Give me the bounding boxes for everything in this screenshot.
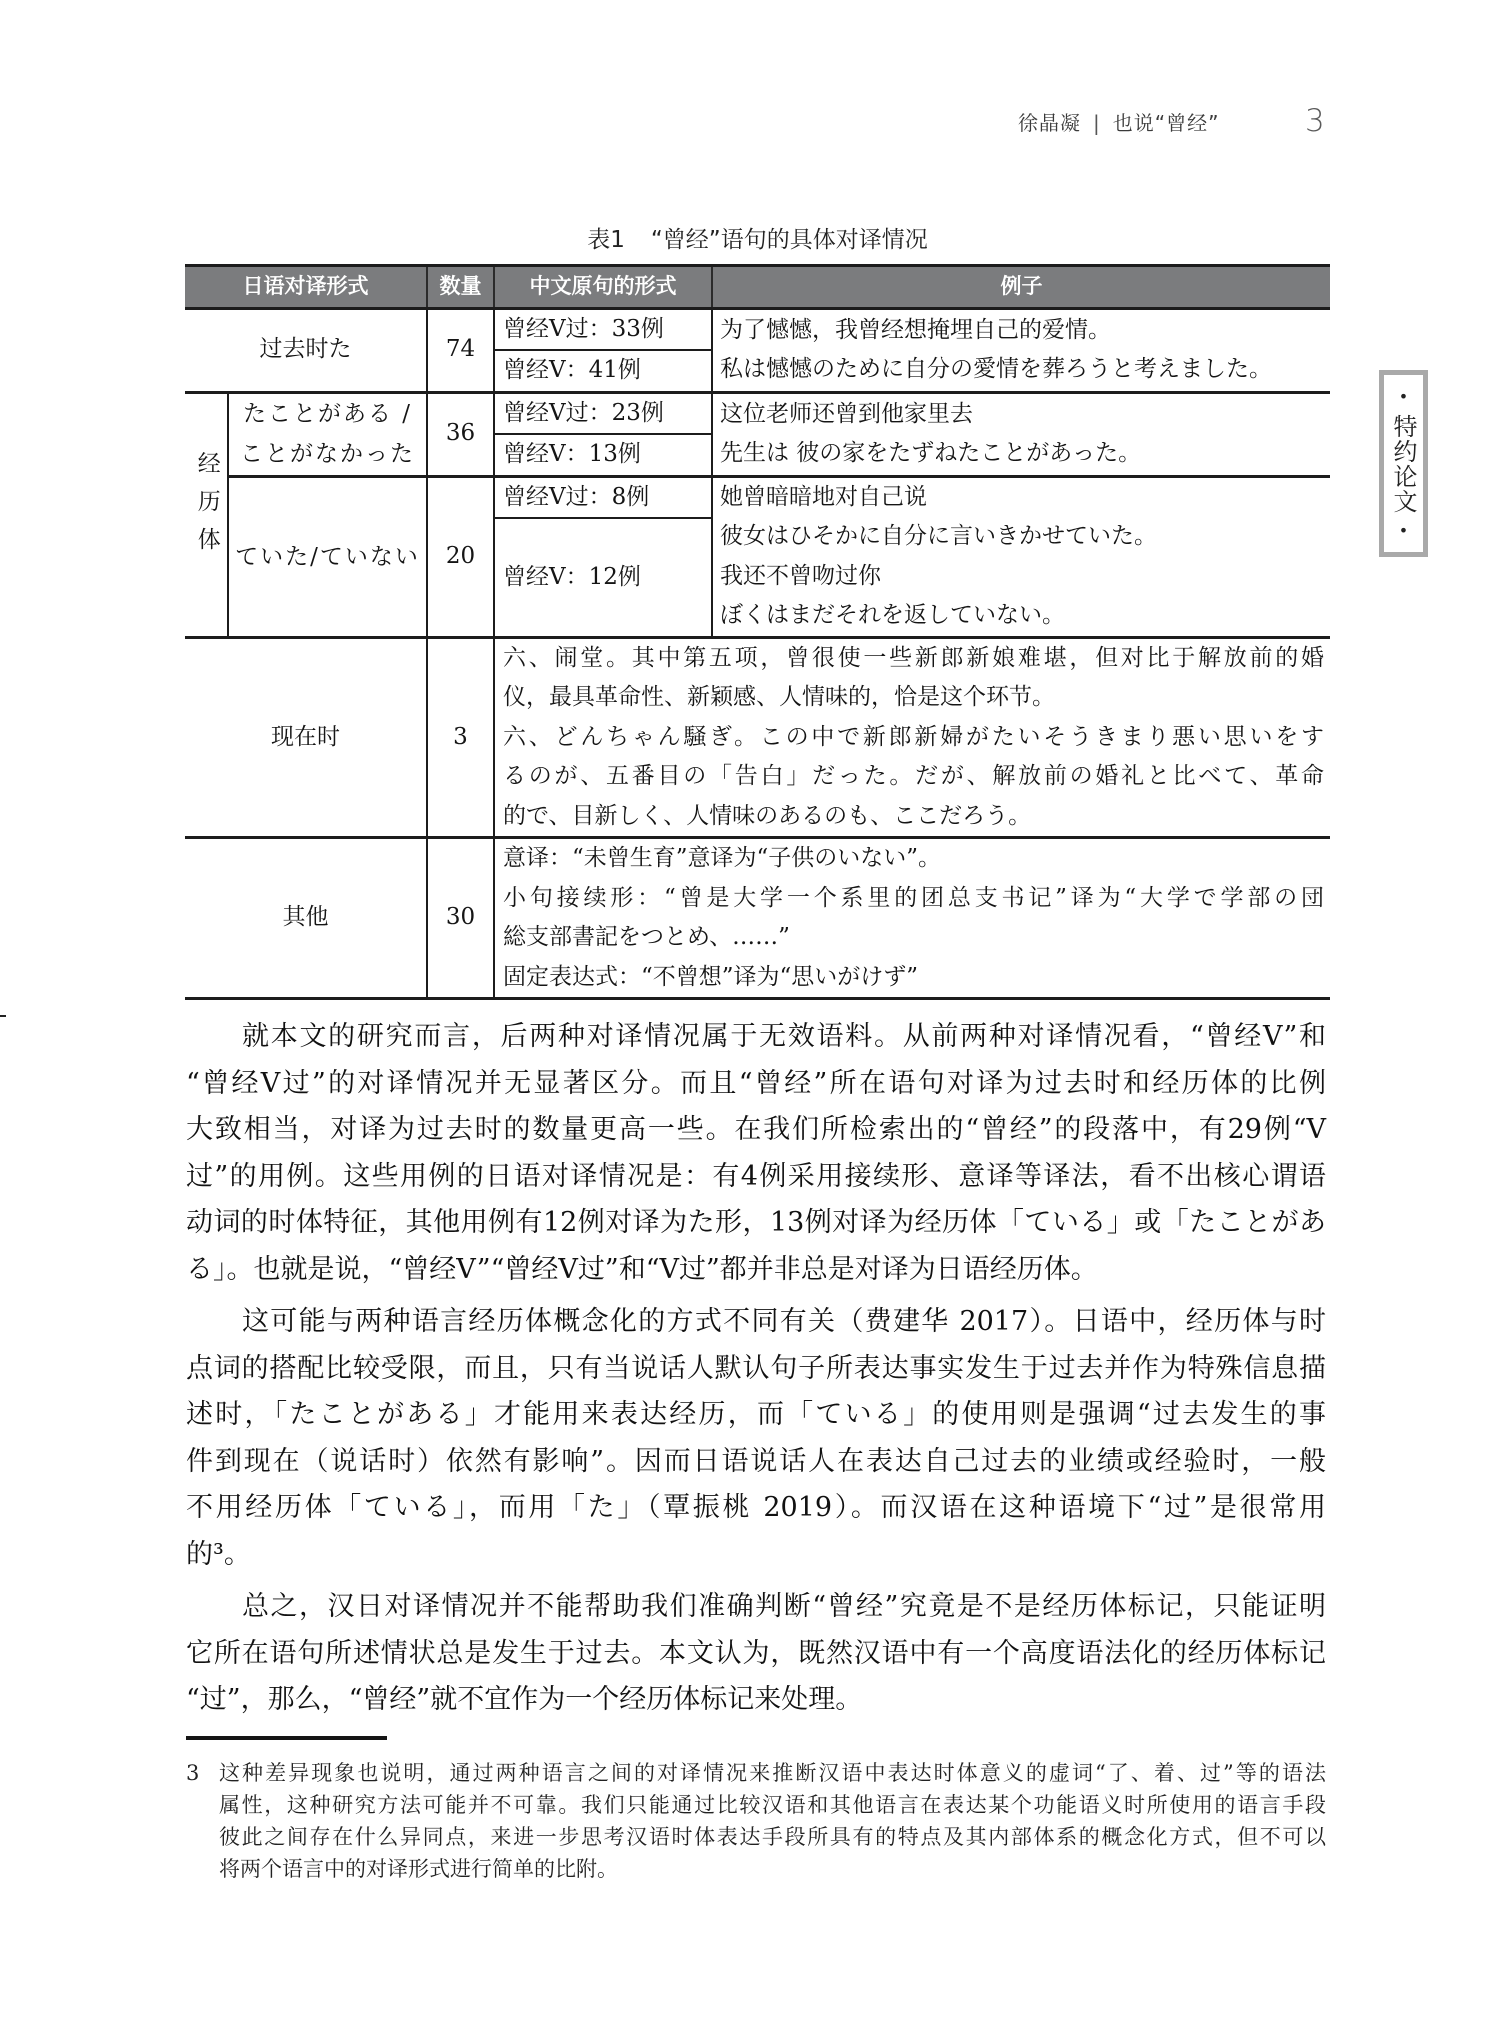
chinese-form-cell: 曾经V过：33例 <box>494 308 712 350</box>
paragraph-line: る」。也就是说，“曾经V”“曾经V过”和“V过”都并非总是对译为日语经历体。 <box>186 1247 1326 1294</box>
section-side-tab: • 特约论文 • <box>1379 370 1428 557</box>
paragraph-line: “过”，那么，“曾经”就不宜作为一个经历体标记来处理。 <box>186 1677 1326 1724</box>
footnote-number: 3 <box>186 1757 199 1789</box>
table-caption-text: “曾经”语句的具体对译情况 <box>651 227 928 253</box>
table-row: ていた/ていない 20 曾经V过：8例 她曾暗暗地对自己说 彼女はひそかに自分に… <box>185 476 1330 518</box>
example-line: 総支部書記をつとめ、……” <box>503 918 1324 958</box>
paragraph-line: 就本文的研究而言，后两种对译情况属于无效语料。从前两种对译情况看，“曾经V”和 <box>186 1014 1326 1061</box>
paragraph-line: 不用经历体「ている」，而用「た」（覃振桃 2019）。而汉语在这种语境下“过”是… <box>186 1485 1326 1532</box>
example-line: 固定表达式：“不曾想”译为“思いがけず” <box>503 958 1324 998</box>
example-cell: 为了憾憾，我曾经想掩埋自己的爱情。 私は憾憾のために自分の愛情を葬ろうと考えまし… <box>712 308 1330 392</box>
running-header-author: 徐晶凝 <box>1018 111 1081 135</box>
merged-example-cell: 六、闹堂。其中第五项，曾很使一些新郎新娘难堪，但对比于解放前的婚 仪，最具革命性… <box>494 637 1330 838</box>
footnote-line: 将两个语言中的对译形式进行简单的比附。 <box>219 1853 1326 1885</box>
paragraph-line: 这可能与两种语言经历体概念化的方式不同有关（费建华 2017）。日语中，经历体与… <box>186 1299 1326 1346</box>
japanese-form-line: たことがある / <box>229 394 426 434</box>
count-cell: 36 <box>427 392 494 476</box>
paragraph-line: 点词的搭配比较受限，而且，只有当说话人默认句子所表达事实发生于过去并作为特殊信息… <box>186 1346 1326 1393</box>
footnote-line: 属性，这种研究方法可能并不可靠。我们只能通过比较汉语和其他语言在表达某个功能语义… <box>219 1789 1326 1821</box>
japanese-form-line: ことがなかった <box>229 434 426 474</box>
body-paragraph: 就本文的研究而言，后两种对译情况属于无效语料。从前两种对译情况看，“曾经V”和 … <box>186 1014 1326 1294</box>
footnote-line: 彼此之间存在什么异同点，来进一步思考汉语时体表达手段所具有的特点及其内部体系的概… <box>219 1821 1326 1853</box>
paragraph-line: 的³。 <box>186 1532 1326 1579</box>
table-caption-label: 表1 <box>587 227 625 253</box>
japanese-form-cell: 过去时た <box>185 308 427 392</box>
table-row: 经历体 たことがある / ことがなかった 36 曾经V过：23例 这位老师还曾到… <box>185 392 1330 434</box>
page-number: 3 <box>1305 101 1325 141</box>
paragraph-line: 件到现在（说话时）依然有影响”。因而日语说话人在表达自己过去的业绩或经验时，一般 <box>186 1439 1326 1486</box>
table-header-row: 日语对译形式 数量 中文原句的形式 例子 <box>185 266 1330 309</box>
header-japanese-form: 日语对译形式 <box>185 266 427 309</box>
table-row: 现在时 3 六、闹堂。其中第五项，曾很使一些新郎新娘难堪，但对比于解放前的婚 仪… <box>185 637 1330 838</box>
example-line: 私は憾憾のために自分の愛情を葬ろうと考えました。 <box>720 350 1324 390</box>
paragraph-line: 动词的时体特征，其他用例有12例对译为た形，13例对译为经历体「ている」或「たこ… <box>186 1200 1326 1247</box>
table-row: 其他 30 意译：“未曾生育”意译为“子供のいない”。 小句接续形：“曾是大学一… <box>185 838 1330 999</box>
japanese-form-cell: ていた/ていない <box>228 476 427 637</box>
section-label: 特约论文 <box>1386 414 1421 514</box>
chinese-form-cell: 曾经V：41例 <box>494 350 712 392</box>
example-line: 我还不曾吻过你 <box>720 557 1324 597</box>
paragraph-line: 大致相当，对译为过去时的数量更高一些。在我们所检索出的“曾经”的段落中，有29例… <box>186 1107 1326 1154</box>
journal-page: 徐晶凝|也说“曾经” 3 • 特约论文 • 表1“曾经”语句的具体对译情况 日语… <box>0 0 1505 2027</box>
example-line: 六、どんちゃん騒ぎ。この中で新郎新婦がたいそうきまり悪い思いをす <box>503 718 1324 758</box>
table-row: 过去时た 74 曾经V过：33例 为了憾憾，我曾经想掩埋自己的爱情。 私は憾憾の… <box>185 308 1330 350</box>
example-line: 为了憾憾，我曾经想掩埋自己的爱情。 <box>720 311 1324 351</box>
header-example: 例子 <box>712 266 1330 309</box>
body-paragraph: 这可能与两种语言经历体概念化的方式不同有关（费建华 2017）。日语中，经历体与… <box>186 1299 1326 1579</box>
example-line: 意译：“未曾生育”意译为“子供のいない”。 <box>503 839 1324 879</box>
running-header: 徐晶凝|也说“曾经” <box>1018 110 1219 136</box>
example-cell: 这位老师还曾到他家里去 先生は 彼の家をたずねたことがあった。 <box>712 392 1330 476</box>
footnote-text: 这种差异现象也说明，通过两种语言之间的对译情况来推断汉语中表达时体意义的虚词“了… <box>219 1757 1326 1885</box>
chinese-form-cell: 曾经V过：8例 <box>494 476 712 518</box>
count-cell: 74 <box>427 308 494 392</box>
paragraph-line: 总之，汉日对译情况并不能帮助我们准确判断“曾经”究竟是不是经历体标记，只能证明 <box>186 1584 1326 1631</box>
chinese-form-cell: 曾经V过：23例 <box>494 392 712 434</box>
header-count: 数量 <box>427 266 494 309</box>
merged-example-cell: 意译：“未曾生育”意译为“子供のいない”。 小句接续形：“曾是大学一个系里的团总… <box>494 838 1330 999</box>
paragraph-line: 它所在语句所述情状总是发生于过去。本文认为，既然汉语中有一个高度语法化的经历体标… <box>186 1631 1326 1678</box>
paragraph-line: “曾经V过”的对译情况并无显著区分。而且“曾经”所在语句对译为过去时和经历体的比… <box>186 1061 1326 1108</box>
example-line: 彼女はひそかに自分に言いきかせていた。 <box>720 517 1324 557</box>
japanese-form-cell: たことがある / ことがなかった <box>228 392 427 476</box>
example-line: 的で、目新しく、人情味のあるのも、ここだろう。 <box>503 797 1324 837</box>
running-header-separator: | <box>1093 111 1101 135</box>
body-paragraph: 总之，汉日对译情况并不能帮助我们准确判断“曾经”究竟是不是经历体标记，只能证明 … <box>186 1584 1326 1724</box>
header-chinese-form: 中文原句的形式 <box>494 266 712 309</box>
table-caption: 表1“曾经”语句的具体对译情况 <box>185 226 1330 254</box>
example-line: 六、闹堂。其中第五项，曾很使一些新郎新娘难堪，但对比于解放前的婚 <box>503 639 1324 679</box>
group-label-cell: 经历体 <box>185 392 228 637</box>
translation-table: 日语对译形式 数量 中文原句的形式 例子 过去时た 74 曾经V过：33例 为了… <box>185 264 1330 1000</box>
example-line: るのが、五番目の「告白」だった。だが、解放前の婚礼と比べて、革命 <box>503 757 1324 797</box>
count-cell: 30 <box>427 838 494 999</box>
chinese-form-cell: 曾经V：13例 <box>494 434 712 476</box>
footnote-line: 这种差异现象也说明，通过两种语言之间的对译情况来推断汉语中表达时体意义的虚词“了… <box>219 1757 1326 1789</box>
group-label: 经历体 <box>186 451 226 565</box>
example-cell: 她曾暗暗地对自己说 彼女はひそかに自分に言いきかせていた。 我还不曾吻过你 ぼく… <box>712 476 1330 637</box>
running-header-title: 也说“曾经” <box>1113 111 1220 135</box>
japanese-form-cell: 其他 <box>185 838 427 999</box>
count-cell: 20 <box>427 476 494 637</box>
count-cell: 3 <box>427 637 494 838</box>
example-line: 仪，最具革命性、新颖感、人情味的，恰是这个环节。 <box>503 678 1324 718</box>
bullet-dot-icon: • <box>1399 388 1408 406</box>
example-line: 先生は 彼の家をたずねたことがあった。 <box>720 434 1324 474</box>
example-line: 这位老师还曾到他家里去 <box>720 395 1324 435</box>
example-line: 她曾暗暗地对自己说 <box>720 478 1324 518</box>
footnote-divider <box>186 1736 387 1740</box>
japanese-form-cell: 现在时 <box>185 637 427 838</box>
paragraph-line: 过”的用例。这些用例的日语对译情况是：有4例采用接续形、意译等译法，看不出核心谓… <box>186 1154 1326 1201</box>
bullet-dot-icon: • <box>1399 522 1408 540</box>
example-line: ぼくはまだそれを返していない。 <box>720 596 1324 636</box>
crop-mark <box>0 1015 6 1017</box>
paragraph-line: 述时，「たことがある」才能用来表达经历，而「ている」的使用则是强调“过去发生的事 <box>186 1392 1326 1439</box>
example-line: 小句接续形：“曾是大学一个系里的团总支书记”译为“大学で学部の団 <box>503 879 1324 919</box>
chinese-form-cell: 曾经V：12例 <box>494 518 712 637</box>
